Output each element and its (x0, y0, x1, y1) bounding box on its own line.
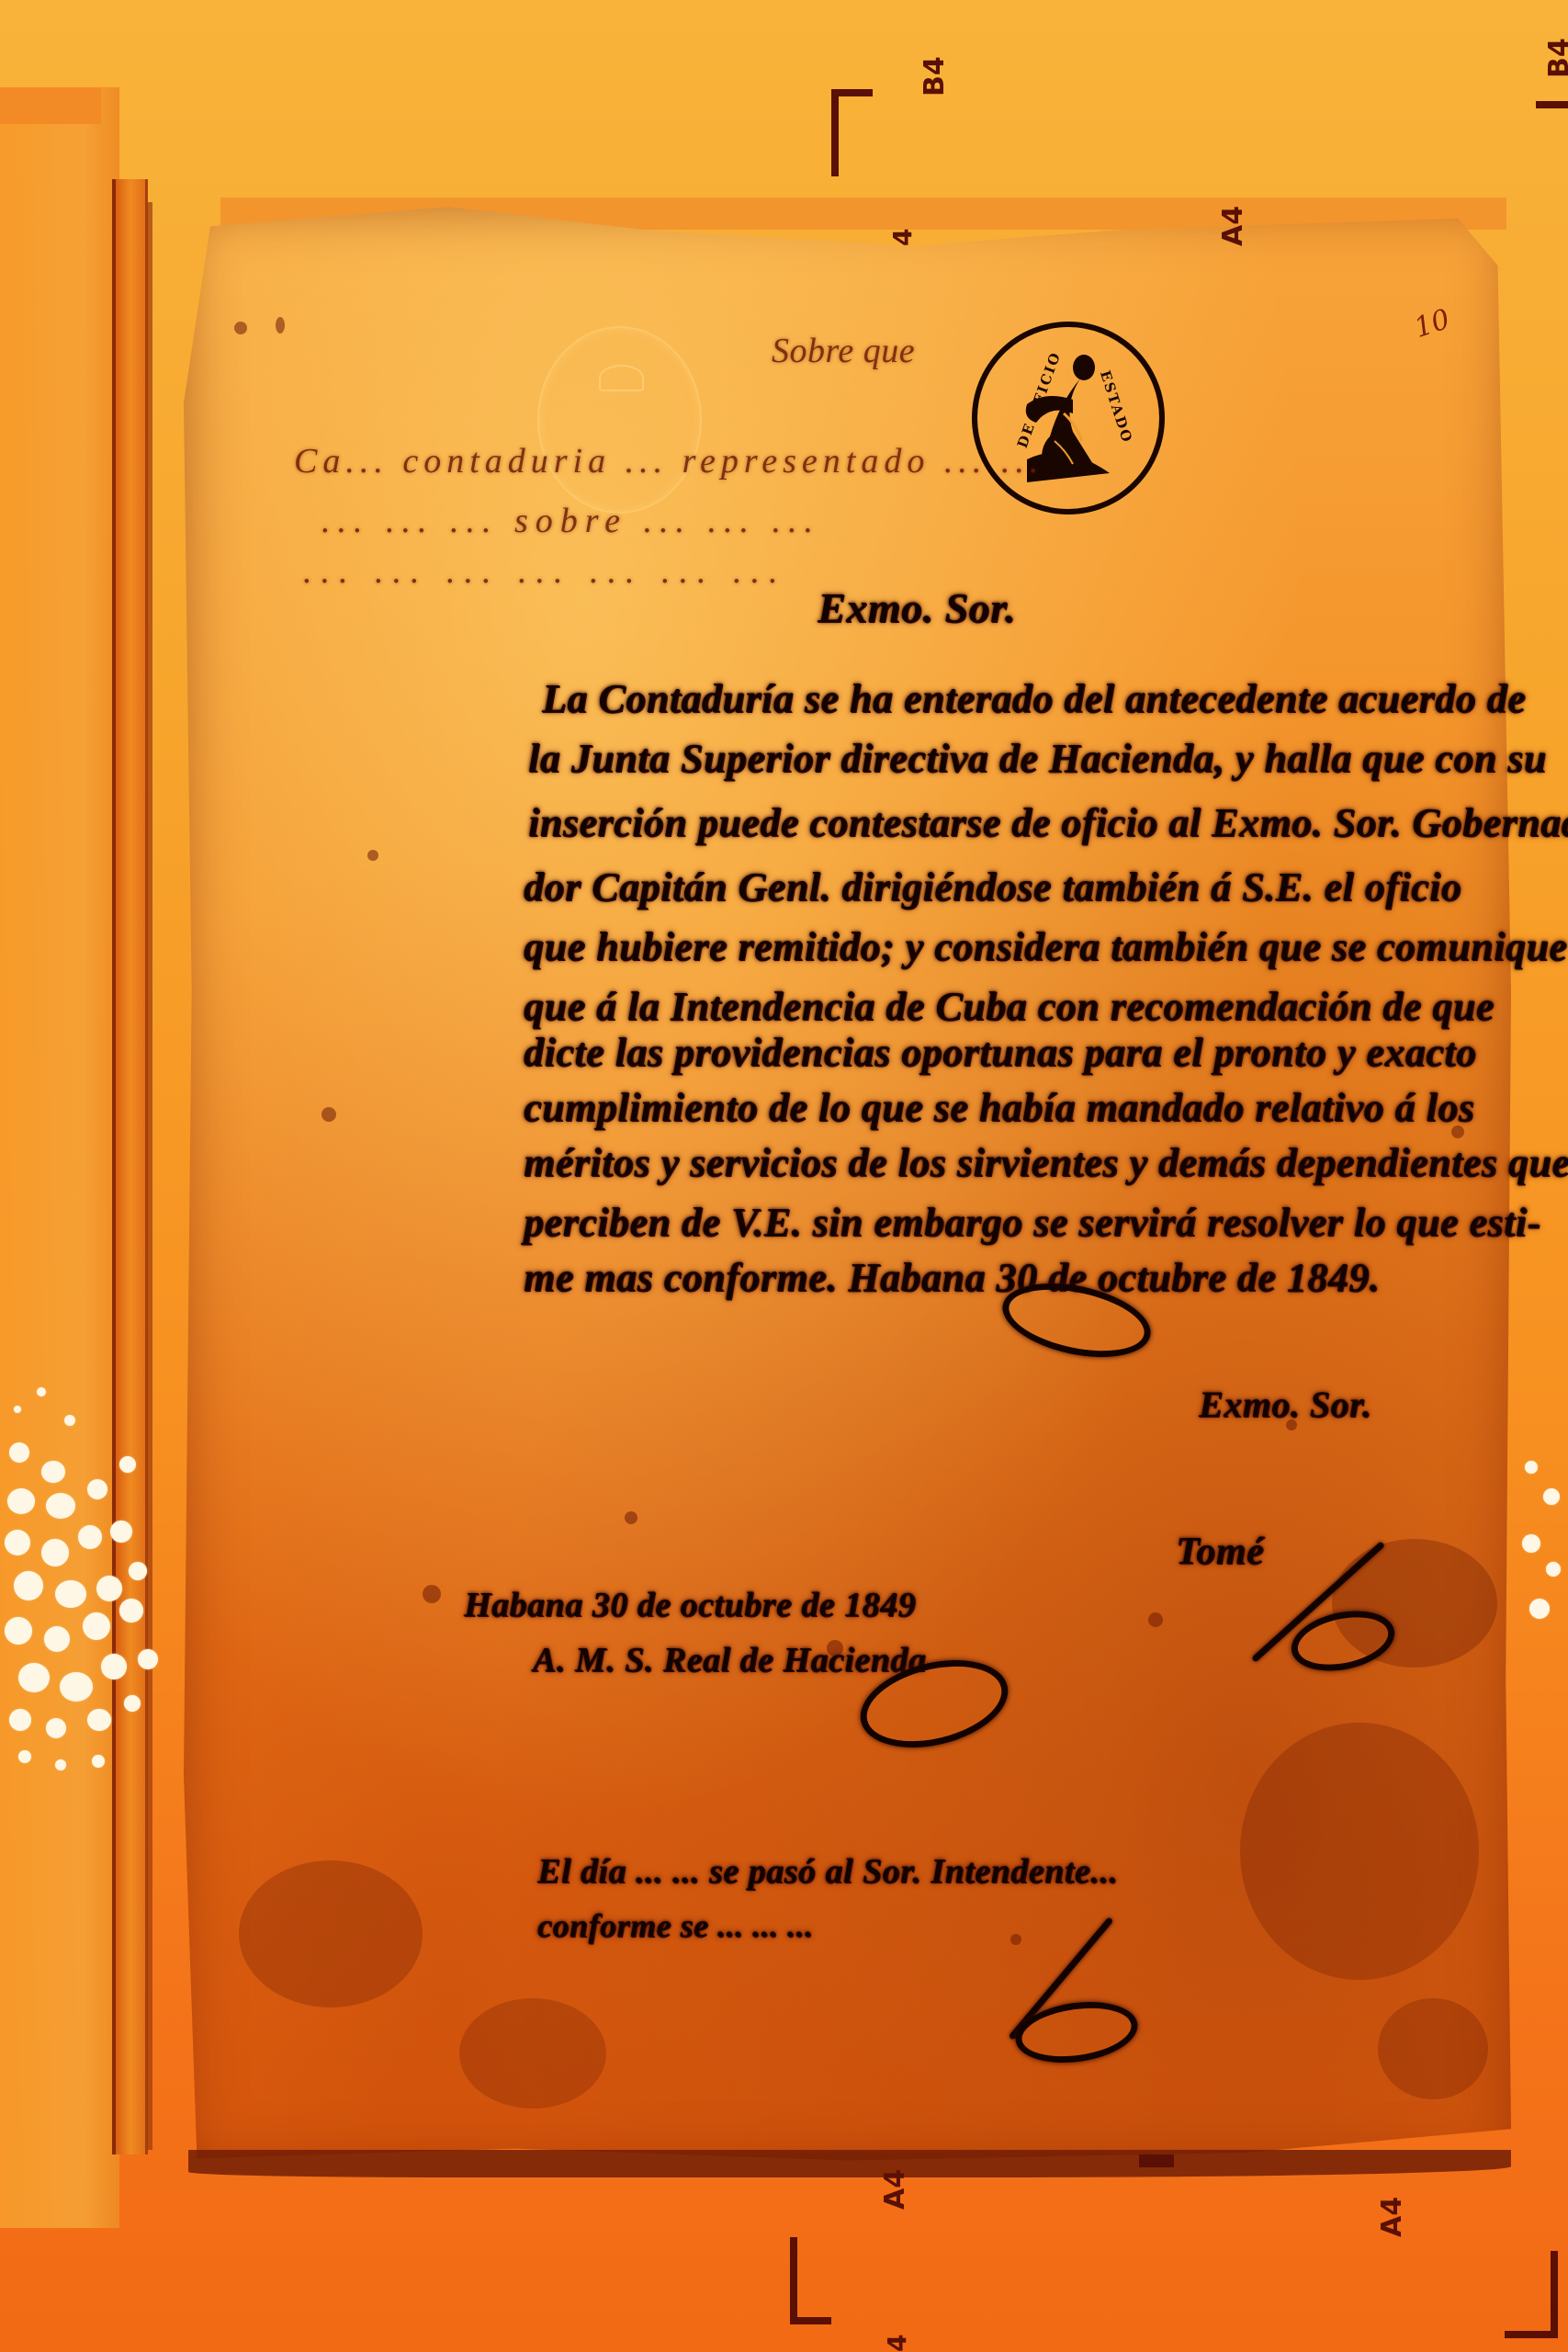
salutation: Exmo. Sor. (818, 583, 1016, 632)
body-line-8: cumplimiento de lo que se había mandado … (524, 1084, 1474, 1131)
faded-header-line-1: Sobre que (772, 331, 915, 371)
crop-mark-bottom-left-h (790, 2317, 831, 2324)
crop-label-4-top: 4 (887, 229, 918, 246)
body-line-4: dor Capitán Genl. dirigiéndose también á… (524, 864, 1461, 910)
faded-header-line-3: ... ... ... sobre ... ... ... (321, 501, 820, 541)
dot-pattern-right (1520, 1452, 1568, 1635)
body-line-2: la Junta Superior directiva de Hacienda,… (528, 735, 1547, 782)
binding-shadow (147, 202, 152, 2150)
crop-mark-top-right (1536, 101, 1568, 108)
page-bottom-shadow (188, 2150, 1511, 2177)
decree-line-2: A. M. S. Real de Hacienda (533, 1640, 926, 1680)
crop-label-a4-bottom-right: A4 (1376, 2197, 1408, 2237)
closing-line-2: conforme se ... ... ... (537, 1906, 813, 1945)
decree-line-1: Habana 30 de octubre de 1849 (464, 1585, 916, 1625)
dot-pattern (0, 1332, 184, 1810)
crop-label-4-bottom: 4 (882, 2335, 912, 2352)
closing-line-1: El día ... ... se pasó al Sor. Intendent… (537, 1851, 1118, 1892)
crop-mark-bottom-right-tab (1139, 2154, 1174, 2167)
body-line-6: que á la Intendencia de Cuba con recomen… (524, 983, 1495, 1030)
stack-top-edge (0, 87, 101, 124)
signoff: Exmo. Sor. (1199, 1383, 1371, 1426)
crop-label-a4-bottom-left: A4 (879, 2169, 911, 2210)
body-line-9: méritos y servicios de los sirvientes y … (524, 1139, 1568, 1186)
signature-initials: Tomé (1176, 1530, 1264, 1574)
body-line-5: que hubiere remitido; y considera tambié… (524, 923, 1567, 970)
faded-header-line-4: ... ... ... ... ... ... ... (303, 551, 787, 592)
crop-mark-bottom-left-v (790, 2237, 797, 2324)
embossed-seal (537, 326, 702, 514)
crop-label-b4-right: B4 (1543, 38, 1568, 78)
ink-stamp-seal: DE OFICIO ESTADO (972, 322, 1165, 514)
crop-label-b4-left: B4 (919, 56, 951, 96)
body-line-3: inserción puede contestarse de oficio al… (528, 799, 1568, 846)
crop-mark-top-left-v (831, 89, 839, 176)
crop-label-a4-top: A4 (1217, 206, 1249, 246)
background-page-stack (0, 87, 119, 2228)
binding-edge (112, 179, 148, 2154)
body-line-10: perciben de V.E. sin embargo se servirá … (524, 1199, 1541, 1246)
crop-mark-bottom-right-h (1505, 2331, 1558, 2338)
body-line-1: La Contaduría se ha enterado del anteced… (542, 675, 1526, 722)
faded-header-line-2: Ca... contaduria ... representado ... ..… (294, 441, 1043, 481)
body-line-11: me mas conforme. Habana 30 de octubre de… (524, 1254, 1380, 1301)
body-line-7: dicte las providencias oportunas para el… (524, 1029, 1477, 1076)
crop-mark-bottom-right-v (1551, 2251, 1558, 2338)
